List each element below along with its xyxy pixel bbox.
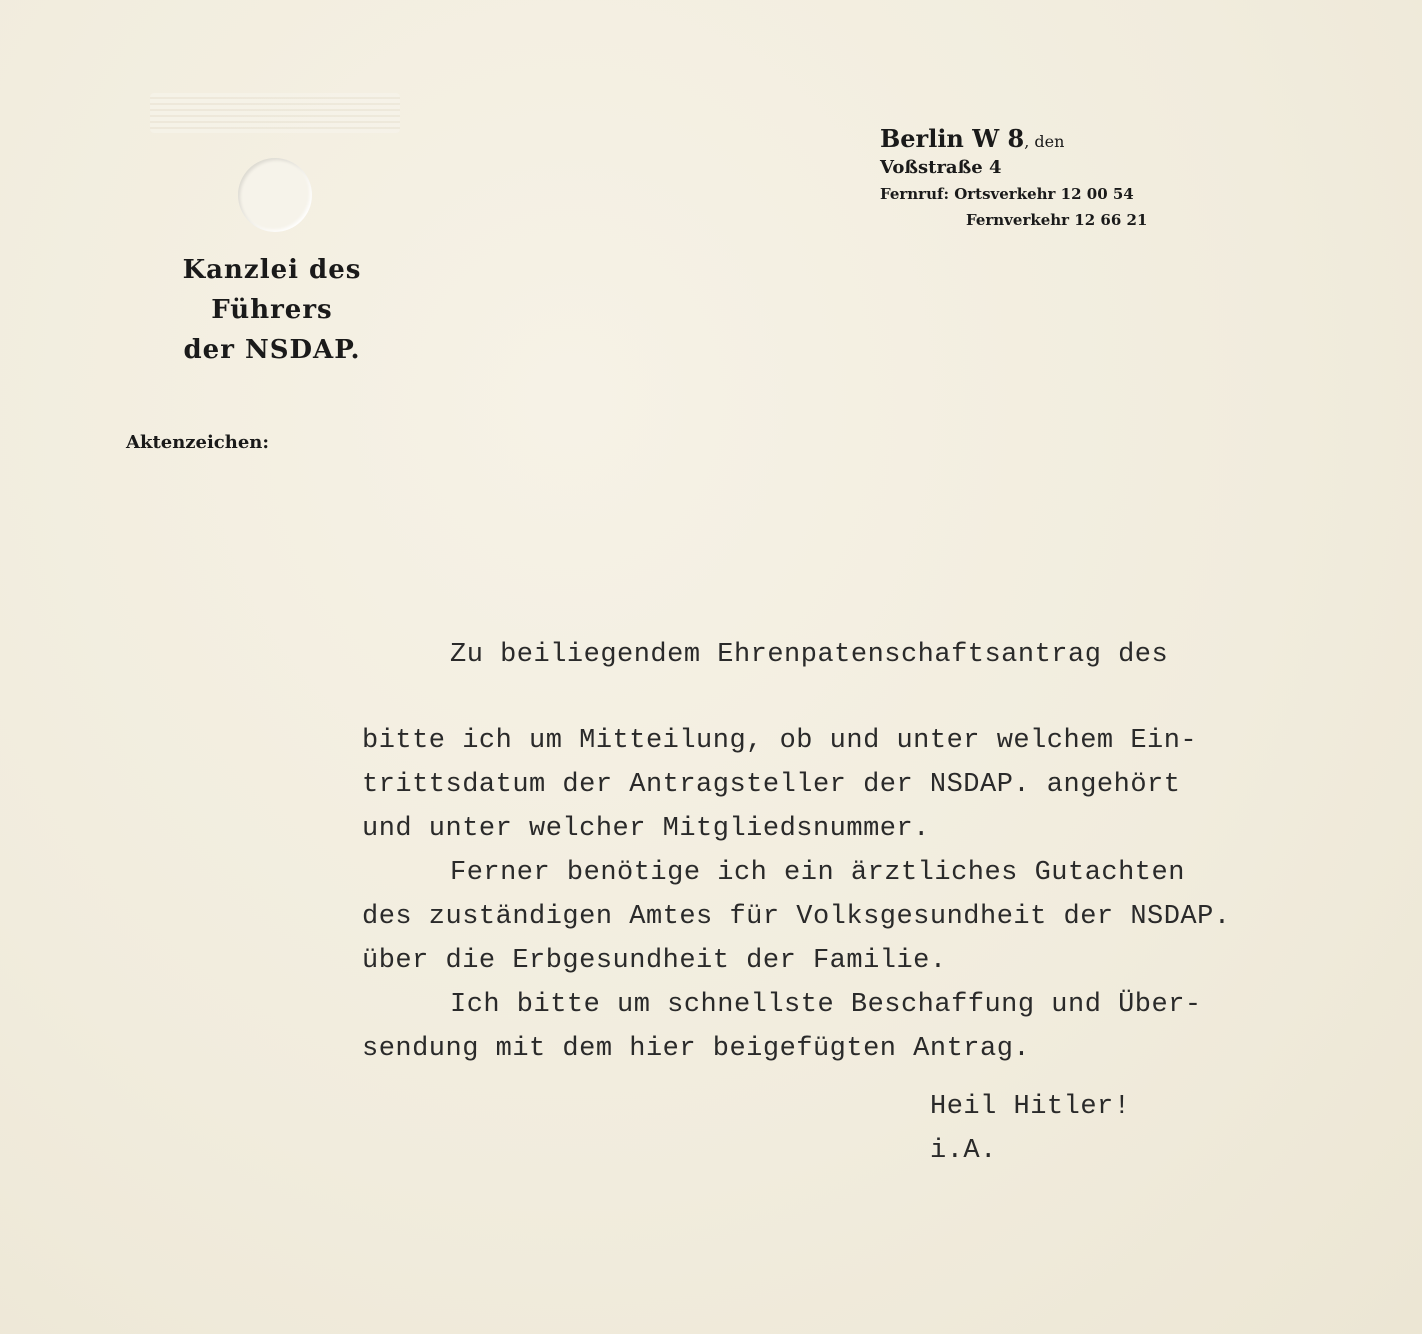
body-line: sendung mit dem hier beigefügten Antrag. xyxy=(362,1034,1030,1064)
seal-disc-emboss xyxy=(238,158,312,232)
city: Berlin W 8 xyxy=(880,124,1024,153)
body-line: trittsdatum der Antragsteller der NSDAP.… xyxy=(362,770,1180,800)
letterhead-organization: Kanzlei des Führers der NSDAP. xyxy=(122,250,422,370)
body-line: des zuständigen Amtes für Volksgesundhei… xyxy=(362,902,1231,932)
body-line: über die Erbgesundheit der Familie. xyxy=(362,946,947,976)
reference-label: Aktenzeichen: xyxy=(126,432,269,453)
letterhead-address: Berlin W 8, den Voßstraße 4 Fernruf: Ort… xyxy=(880,124,1147,230)
body-line: Zu beiliegendem Ehrenpatenschaftsantrag … xyxy=(450,640,1168,670)
body-line: bitte ich um Mitteilung, ob und unter we… xyxy=(362,726,1197,756)
body-line: Ferner benötige ich ein ärztliches Gutac… xyxy=(450,858,1185,888)
signature-abbrev: i.A. xyxy=(930,1136,997,1166)
body-line: Ich bitte um schnellste Beschaffung und … xyxy=(450,990,1202,1020)
body-line: und unter welcher Mitgliedsnummer. xyxy=(362,814,930,844)
phone-long: Fernverkehr 12 66 21 xyxy=(880,210,1147,230)
phone-local: Fernruf: Ortsverkehr 12 00 54 xyxy=(880,184,1147,204)
seal-wings-emboss xyxy=(150,93,400,133)
embossed-seal xyxy=(150,85,400,235)
street: Voßstraße 4 xyxy=(880,157,1147,178)
closing: Heil Hitler! xyxy=(930,1092,1130,1122)
